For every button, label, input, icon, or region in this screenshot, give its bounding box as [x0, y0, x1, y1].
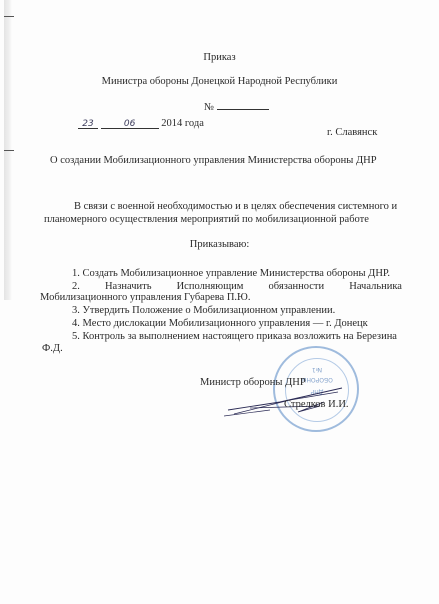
order-place: г. Славянск: [327, 127, 377, 139]
stamp-text-1: №1: [289, 366, 345, 373]
date-day-blank: 23: [78, 118, 98, 129]
date-month-blank: 06: [101, 118, 159, 129]
date-month-handwritten: 06: [124, 119, 135, 129]
preamble-line-2: планомерного осуществления мероприятий п…: [44, 214, 369, 226]
order-item-4: 4. Место дислокации Мобилизационного упр…: [72, 318, 368, 330]
order-item-5-continuation: Ф.Д.: [42, 343, 63, 355]
order-number: №: [204, 99, 269, 114]
document-page: Приказ Министра обороны Донецкой Народно…: [0, 0, 439, 604]
preamble-line-1: В связи с военной необходимостью и в цел…: [74, 201, 397, 213]
order-word: Приказываю:: [0, 239, 439, 251]
order-item-3: 3. Утвердить Положение о Мобилизационном…: [72, 305, 335, 317]
document-title: Приказ: [0, 52, 439, 64]
item-2-word: Начальника: [349, 281, 402, 293]
scan-tick-mark: [4, 150, 14, 151]
order-item-2-continuation: Мобилизационного управления Губарева П.Ю…: [40, 292, 250, 304]
order-subject: О создании Мобилизационного управления М…: [50, 155, 377, 167]
order-item-1: 1. Создать Мобилизационное управление Ми…: [72, 268, 390, 280]
number-label: №: [204, 102, 214, 113]
order-date: 23 06 2014 года: [78, 118, 204, 130]
number-blank: [217, 99, 269, 110]
signatory-name: Стрелков И.И.: [284, 399, 349, 411]
document-subtitle: Министра обороны Донецкой Народной Респу…: [0, 76, 439, 88]
date-day-handwritten: 23: [82, 119, 93, 129]
scan-tick-mark: [4, 16, 14, 17]
date-year: 2014 года: [161, 118, 204, 129]
order-item-5: 5. Контроль за выполнением настоящего пр…: [72, 331, 397, 343]
item-2-word: обязанности: [269, 281, 325, 293]
